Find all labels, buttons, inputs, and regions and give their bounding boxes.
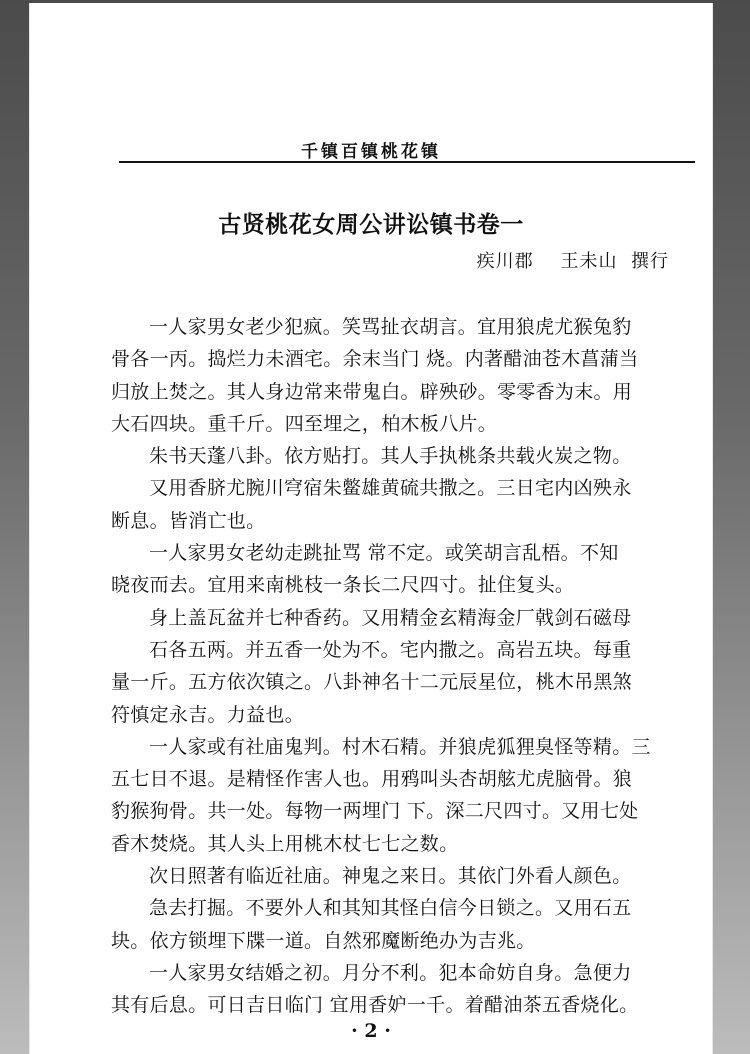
text-line: 一人家或有社庙鬼判。村木石精。并狼虎狐狸臭怪等精。三 [111, 731, 711, 763]
text-line: 断息。皆消亡也。 [111, 505, 711, 537]
text-line: 朱书天蓬八卦。依方贴打。其人手执桃条共载火炭之物。 [111, 440, 711, 472]
text-line: 块。依方锁埋下牒一道。自然邪魔断绝办为吉兆。 [111, 925, 711, 957]
header-rule [119, 161, 695, 163]
chapter-title: 古贤桃花女周公讲讼镇书卷一 [30, 206, 712, 239]
text-line: 量一斤。五方依次镇之。八卦神名十二元辰星位，桃木吊黑煞 [111, 666, 711, 698]
page-number: · 2 · [30, 1020, 712, 1042]
text-line: 次日照著有临近社庙。神鬼之来日。其依门外看人颜色。 [111, 860, 711, 892]
text-line: 晓夜而去。宜用来南桃枝一条长二尺四寸。扯住复头。 [111, 569, 711, 601]
text-line: 一人家男女老幼走跳扯骂 常不定。或笑胡言乱梧。不知 [111, 537, 711, 569]
text-line: 骨各一丙。捣烂力未酒宅。余末当门 烧。内著醋油苍木菖蒲当 [111, 343, 711, 375]
book-page: 千镇百镇桃花镇 古贤桃花女周公讲讼镇书卷一 疾川郡 王未山 撰行 一人家男女老少… [29, 3, 713, 1054]
running-head: 千镇百镇桃花镇 [30, 137, 712, 162]
text-line: 归放上焚之。其人身边常来带鬼白。辟殃砂。零零香为末。用 [111, 376, 711, 408]
text-line: 身上盖瓦盆并七种香药。又用精金玄精海金厂戟剑石磁母 [111, 602, 711, 634]
text-line: 又用香脐尤腕川穹宿朱鳖雄黄硫共撒之。三日宅内凶殃永 [111, 472, 711, 504]
text-line: 一人家男女老少犯疯。笑骂扯衣胡言。宜用狼虎尤猴兔豹 [111, 311, 711, 343]
body-text: 一人家男女老少犯疯。笑骂扯衣胡言。宜用狼虎尤猴兔豹 骨各一丙。捣烂力未酒宅。余末… [111, 311, 711, 1022]
text-line: 一人家男女结婚之初。月分不利。犯本命妨自身。急便力 [111, 957, 711, 989]
text-line: 五七日不退。是精怪作害人也。用鸦叫头杏胡舷尤虎脑骨。狼 [111, 763, 711, 795]
text-line: 石各五两。并五香一处为不。宅内撒之。高岩五块。每重 [111, 634, 711, 666]
text-line: 急去打掘。不要外人和其知其怪白信今日锁之。又用石五 [111, 892, 711, 924]
text-line: 豹猴狗骨。共一处。每物一两埋门 下。深二尺四寸。又用七处 [111, 795, 711, 827]
text-line: 大石四块。重千斤。四至埋之，柏木板八片。 [111, 408, 711, 440]
text-line: 其有后息。可日吉日临门 宜用香妒一千。着醋油茶五香烧化。 [111, 989, 711, 1021]
text-line: 符慎定永吉。力益也。 [111, 699, 711, 731]
author-byline: 疾川郡 王未山 撰行 [477, 247, 669, 273]
text-line: 香木焚烧。其人头上用桃木杖七七之数。 [111, 828, 711, 860]
